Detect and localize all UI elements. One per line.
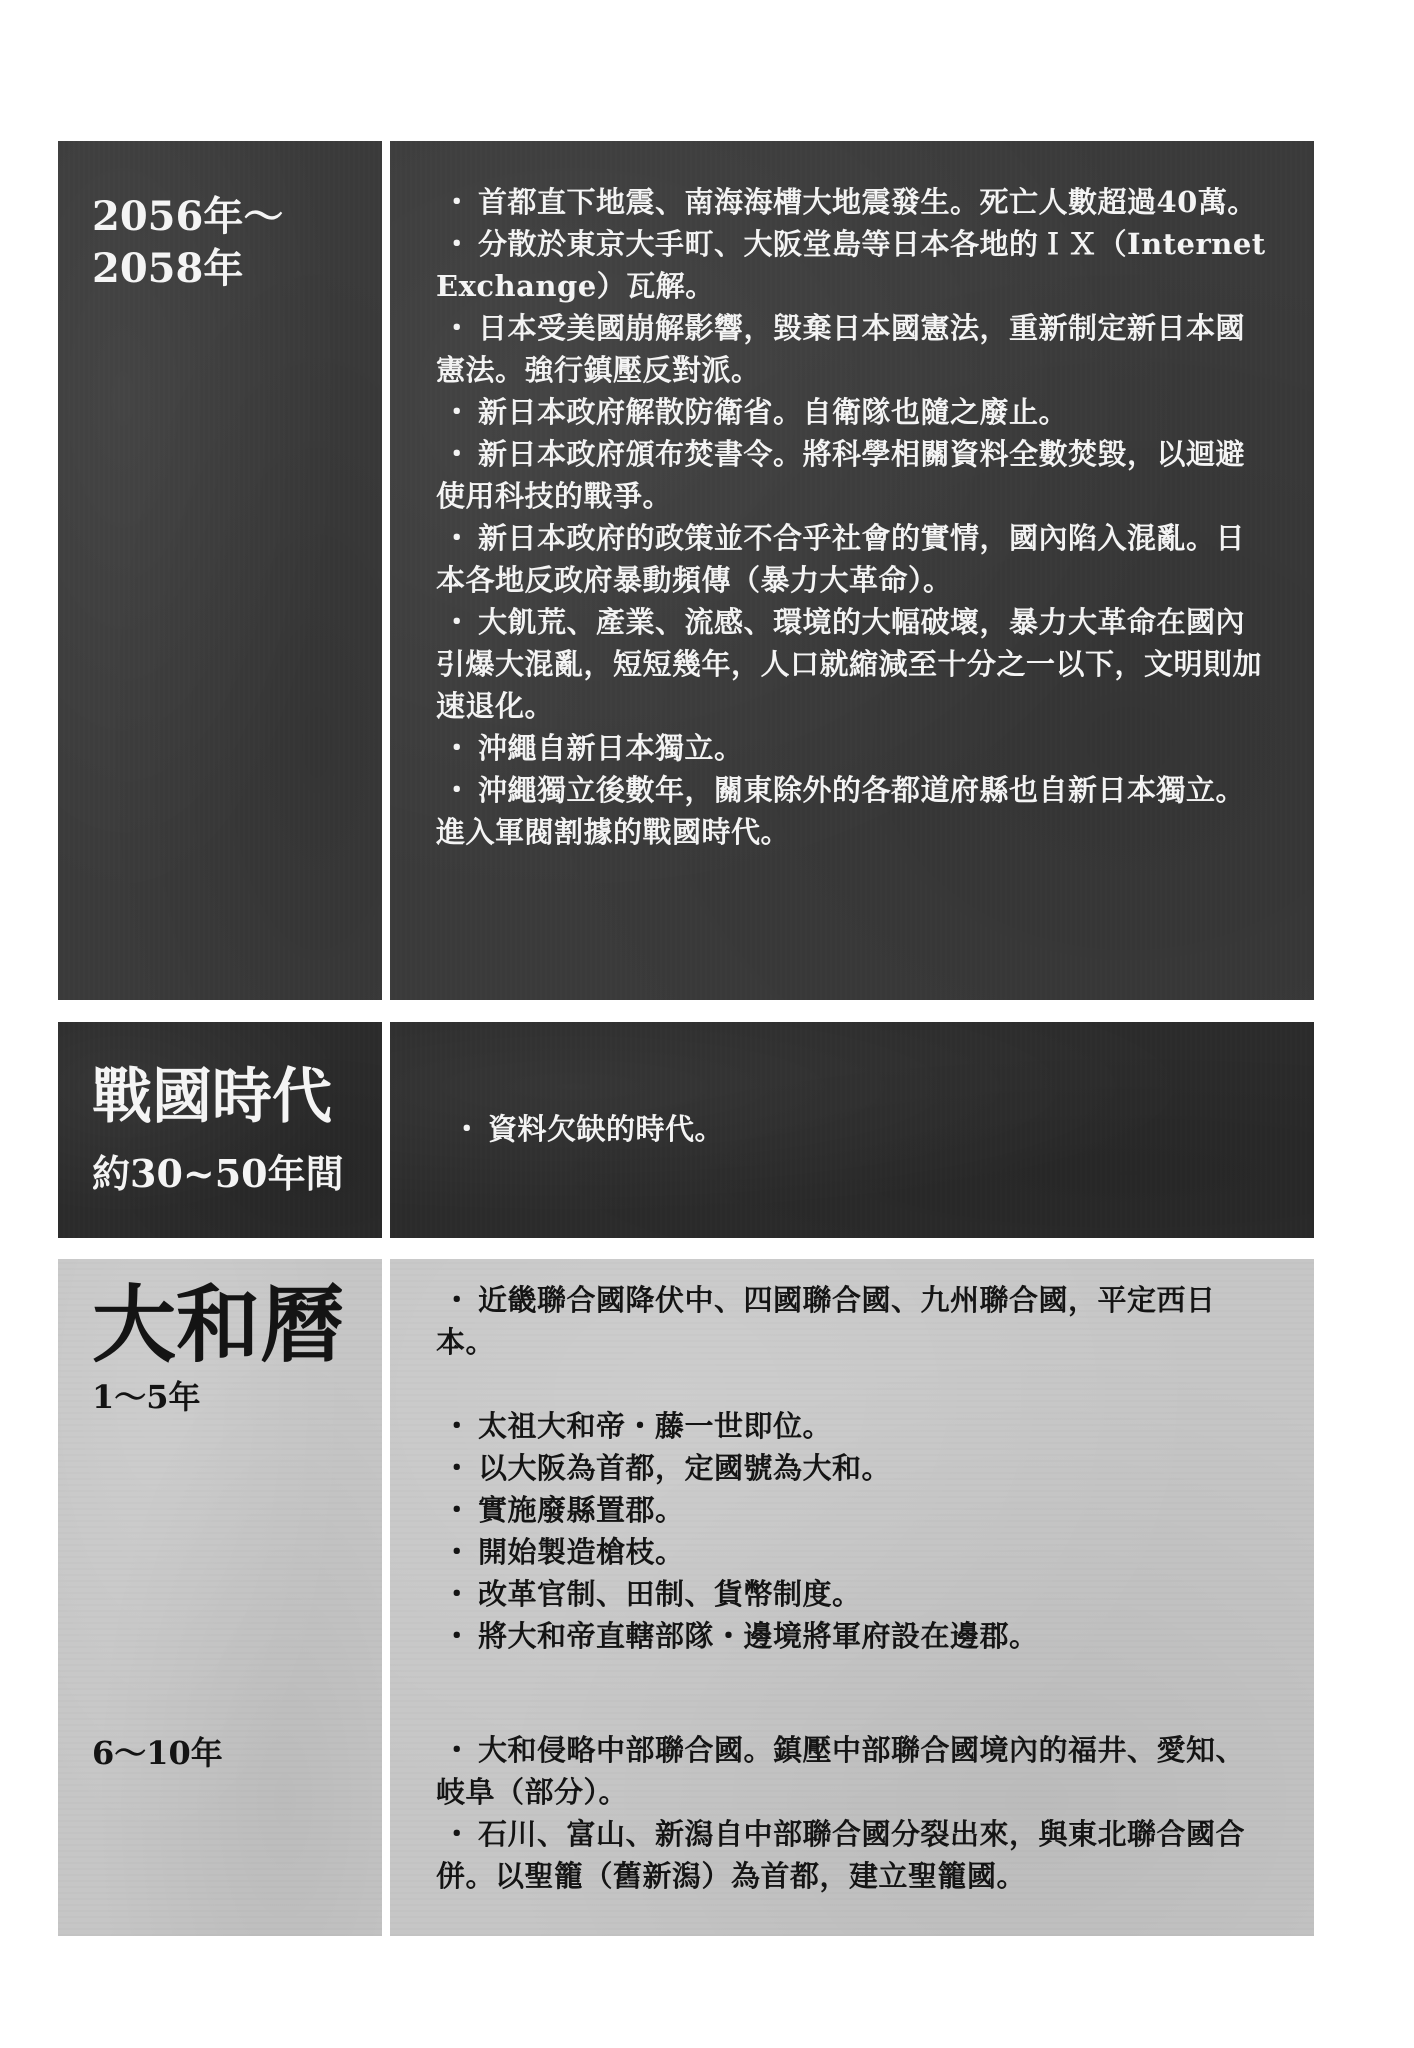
event-item: ・近畿聯合國降伏中、四國聯合國、九州聯合國，平定西日本。 bbox=[436, 1279, 1274, 1363]
bullet-icon: ・ bbox=[436, 601, 478, 643]
bullet-icon: ・ bbox=[436, 1729, 478, 1771]
era-label-panel: 2056年～ 2058年 bbox=[58, 141, 382, 1000]
bullet-icon: ・ bbox=[436, 181, 478, 223]
event-item: ・以大阪為首都，定國號為大和。 bbox=[436, 1447, 1274, 1489]
bullet-icon: ・ bbox=[436, 391, 478, 433]
event-item: ・開始製造槍枝。 bbox=[436, 1531, 1274, 1573]
bullet-icon: ・ bbox=[436, 1489, 478, 1531]
event-item: ・石川、富山、新潟自中部聯合國分裂出來，與東北聯合國合併。以聖籠（舊新潟）為首都… bbox=[436, 1813, 1274, 1897]
section-yamato-calendar: 大和曆 1～5年 6～10年 ・近畿聯合國降伏中、四國聯合國、九州聯合國，平定西… bbox=[58, 1259, 1314, 1936]
bullet-icon: ・ bbox=[436, 769, 478, 811]
event-item: ・新日本政府頒布焚書令。將科學相關資料全數焚毀，以迴避使用科技的戰爭。 bbox=[436, 433, 1274, 517]
event-item: ・太祖大和帝・藤一世即位。 bbox=[436, 1405, 1274, 1447]
event-item: ・新日本政府解散防衛省。自衛隊也隨之廢止。 bbox=[436, 391, 1274, 433]
event-item: ・資料欠缺的時代。 bbox=[446, 1108, 1274, 1150]
event-list: ・資料欠缺的時代。 bbox=[446, 1108, 1274, 1150]
bullet-icon: ・ bbox=[446, 1108, 488, 1150]
event-item: ・將大和帝直轄部隊・邊境將軍府設在邊郡。 bbox=[436, 1615, 1274, 1657]
bullet-icon: ・ bbox=[436, 517, 478, 559]
event-item: ・日本受美國崩解影響，毀棄日本國憲法，重新制定新日本國憲法。強行鎮壓反對派。 bbox=[436, 307, 1274, 391]
bullet-icon: ・ bbox=[436, 727, 478, 769]
bullet-icon: ・ bbox=[436, 1405, 478, 1447]
event-item: ・新日本政府的政策並不合乎社會的實情，國內陷入混亂。日本各地反政府暴動頻傳（暴力… bbox=[436, 517, 1274, 601]
era-title: 2056年～ 2058年 bbox=[92, 191, 283, 295]
event-item: ・大飢荒、產業、流感、環境的大幅破壞，暴力大革命在國內引爆大混亂，短短幾年，人口… bbox=[436, 601, 1274, 727]
bullet-icon: ・ bbox=[436, 433, 478, 475]
section-2056-2058: 2056年～ 2058年 ・首都直下地震、南海海槽大地震發生。死亡人數超過40萬… bbox=[58, 141, 1314, 1000]
period-label-1-5: 1～5年 bbox=[92, 1377, 201, 1417]
event-item: ・改革官制、田制、貨幣制度。 bbox=[436, 1573, 1274, 1615]
events-panel: ・首都直下地震、南海海槽大地震發生。死亡人數超過40萬。 ・分散於東京大手町、大… bbox=[390, 141, 1314, 1000]
event-list-1-5: ・近畿聯合國降伏中、四國聯合國、九州聯合國，平定西日本。 ・太祖大和帝・藤一世即… bbox=[436, 1279, 1274, 1657]
bullet-icon: ・ bbox=[436, 1531, 478, 1573]
event-item: ・沖繩獨立後數年，關東除外的各都道府縣也自新日本獨立。進入軍閥割據的戰國時代。 bbox=[436, 769, 1274, 853]
era-label-panel: 大和曆 1～5年 6～10年 bbox=[58, 1259, 382, 1936]
era-duration: 約30~50年間 bbox=[92, 1150, 344, 1198]
era-label-panel: 戰國時代 約30~50年間 bbox=[58, 1022, 382, 1238]
era-title: 大和曆 bbox=[92, 1277, 344, 1373]
event-item: ・分散於東京大手町、大阪堂島等日本各地的ＩＸ（Internet Exchange… bbox=[436, 223, 1274, 307]
spacer bbox=[436, 1363, 1274, 1405]
bullet-icon: ・ bbox=[436, 307, 478, 349]
bullet-icon: ・ bbox=[436, 1573, 478, 1615]
event-item: ・實施廢縣置郡。 bbox=[436, 1489, 1274, 1531]
section-sengoku: 戰國時代 約30~50年間 ・資料欠缺的時代。 bbox=[58, 1022, 1314, 1238]
event-item: ・沖繩自新日本獨立。 bbox=[436, 727, 1274, 769]
bullet-icon: ・ bbox=[436, 1279, 478, 1321]
event-list-6-10: ・大和侵略中部聯合國。鎮壓中部聯合國境內的福井、愛知、岐阜（部分）。 ・石川、富… bbox=[436, 1729, 1274, 1897]
event-item: ・首都直下地震、南海海槽大地震發生。死亡人數超過40萬。 bbox=[436, 181, 1274, 223]
event-list: ・首都直下地震、南海海槽大地震發生。死亡人數超過40萬。 ・分散於東京大手町、大… bbox=[436, 181, 1274, 853]
bullet-icon: ・ bbox=[436, 223, 478, 265]
events-panel: ・資料欠缺的時代。 bbox=[390, 1022, 1314, 1238]
bullet-icon: ・ bbox=[436, 1813, 478, 1855]
period-label-6-10: 6～10年 bbox=[92, 1733, 223, 1773]
bullet-icon: ・ bbox=[436, 1615, 478, 1657]
events-panel: ・近畿聯合國降伏中、四國聯合國、九州聯合國，平定西日本。 ・太祖大和帝・藤一世即… bbox=[390, 1259, 1314, 1936]
bullet-icon: ・ bbox=[436, 1447, 478, 1489]
event-item: ・大和侵略中部聯合國。鎮壓中部聯合國境內的福井、愛知、岐阜（部分）。 bbox=[436, 1729, 1274, 1813]
era-title: 戰國時代 bbox=[92, 1062, 332, 1132]
